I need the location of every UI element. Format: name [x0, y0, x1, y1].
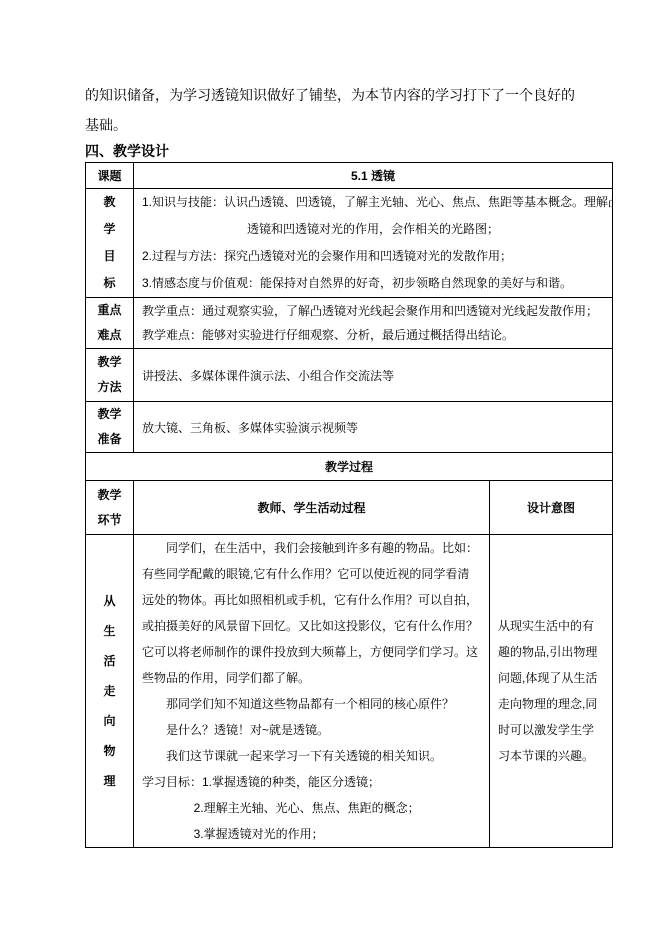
activity-paragraph: 那同学们知不知道这些物品都有一个相同的核心原件？: [142, 691, 481, 717]
activity-paragraph: 2.理解主光轴、光心、焦点、焦距的概念；: [142, 795, 481, 821]
methods-content-cell: 讲授法、多媒体课件演示法、小组合作交流法等: [134, 349, 613, 402]
stage1-intent-cell: 从现实生活中的有趣的物品,引出物理问题,体现了从生活走向物理的理念,同时可以激发…: [490, 535, 613, 848]
activity-paragraph: 同学们，在生活中，我们会接触到许多有趣的物品。比如：有些同学配戴的眼镜,它有什么…: [142, 535, 481, 691]
methods-label: 教学方法: [95, 350, 125, 400]
topic-row: 课题 5.1 透镜: [86, 163, 613, 189]
process-title-cell: 教学过程: [86, 453, 613, 481]
methods-row: 教学方法 讲授法、多媒体课件演示法、小组合作交流法等: [86, 349, 613, 402]
methods-label-cell: 教学方法: [86, 349, 134, 402]
topic-value-cell: 5.1 透镜: [134, 163, 613, 189]
goal-line: 透镜和凹透镜对光的作用，会作相关的光路图；: [142, 216, 604, 243]
topic-label-cell: 课题: [86, 163, 134, 189]
preparation-label-cell: 教学准备: [86, 402, 134, 453]
intent-column-header-cell: 设计意图: [490, 481, 613, 535]
key-points-label-cell: 重点难点: [86, 298, 134, 349]
goals-content-cell: 1.知识与技能：认识凸透镜、凹透镜，了解主光轴、光心、焦点、焦距等基本概念。理解…: [134, 189, 613, 298]
key-point-line: 教学重点：通过观察实验，了解凸透镜对光线起会聚作用和凹透镜对光线起发散作用；: [142, 299, 604, 323]
stage1-label-cell: 从生活走向物理: [86, 535, 134, 848]
stage1-activity-cell: 同学们，在生活中，我们会接触到许多有趣的物品。比如：有些同学配戴的眼镜,它有什么…: [134, 535, 490, 848]
lesson-plan-table: 课题 5.1 透镜 教学目标 1.知识与技能：认识凸透镜、凹透镜，了解主光轴、光…: [85, 162, 613, 848]
topic-label: 课题: [97, 169, 121, 183]
document-content: 的知识储备，为学习透镜知识做好了铺垫，为本节内容的学习打下了一个良好的 基础。 …: [85, 0, 612, 848]
activity-paragraph: 3.掌握透镜对光的作用；: [142, 821, 481, 847]
goal-line: 1.知识与技能：认识凸透镜、凹透镜，了解主光轴、光心、焦点、焦距等基本概念。理解…: [142, 189, 604, 216]
preparation-row: 教学准备 放大镜、三角板、多媒体实验演示视频等: [86, 402, 613, 453]
preparation-content-cell: 放大镜、三角板、多媒体实验演示视频等: [134, 402, 613, 453]
goals-label: 教学目标: [102, 189, 118, 297]
activity-paragraph: 我们这节课就一起来学习一下有关透镜的相关知识。: [142, 743, 481, 769]
intro-line-2: 基础。: [85, 110, 612, 140]
activity-paragraph: 是什么？透镜！对~就是透镜。: [142, 717, 481, 743]
section-heading: 四、教学设计: [85, 140, 612, 162]
activity-paragraph: 学习目标：1.掌握透镜的种类，能区分透镜；: [142, 769, 481, 795]
goals-row: 教学目标 1.知识与技能：认识凸透镜、凹透镜，了解主光轴、光心、焦点、焦距等基本…: [86, 189, 613, 298]
goals-label-cell: 教学目标: [86, 189, 134, 298]
stage1-row: 从生活走向物理 同学们，在生活中，我们会接触到许多有趣的物品。比如：有些同学配戴…: [86, 535, 613, 848]
stage-column-header-cell: 教学环节: [86, 481, 134, 535]
key-points-content-cell: 教学重点：通过观察实验，了解凸透镜对光线起会聚作用和凹透镜对光线起发散作用； 教…: [134, 298, 613, 349]
key-point-line: 教学难点：能够对实验进行仔细观察、分析，最后通过概括得出结论。: [142, 323, 604, 347]
goal-line: 2.过程与方法：探究凸透镜对光的会聚作用和凹透镜对光的发散作用；: [142, 243, 604, 270]
document-page: 的知识储备，为学习透镜知识做好了铺垫，为本节内容的学习打下了一个良好的 基础。 …: [0, 0, 661, 935]
process-title-row: 教学过程: [86, 453, 613, 481]
goal-line: 3.情感态度与价值观：能保持对自然界的好奇，初步领略自然现象的美好与和谐。: [142, 270, 604, 297]
stage1-label: 从生活走向物理: [102, 586, 118, 796]
stage-column-header: 教学环节: [95, 483, 125, 533]
process-header-row: 教学环节 教师、学生活动过程 设计意图: [86, 481, 613, 535]
key-points-label: 重点难点: [95, 298, 125, 348]
key-points-row: 重点难点 教学重点：通过观察实验，了解凸透镜对光线起会聚作用和凹透镜对光线起发散…: [86, 298, 613, 349]
activity-column-header-cell: 教师、学生活动过程: [134, 481, 490, 535]
intro-paragraph: 的知识储备，为学习透镜知识做好了铺垫，为本节内容的学习打下了一个良好的 基础。: [85, 80, 612, 140]
intro-line-1: 的知识储备，为学习透镜知识做好了铺垫，为本节内容的学习打下了一个良好的: [85, 80, 612, 110]
preparation-label: 教学准备: [95, 402, 125, 452]
